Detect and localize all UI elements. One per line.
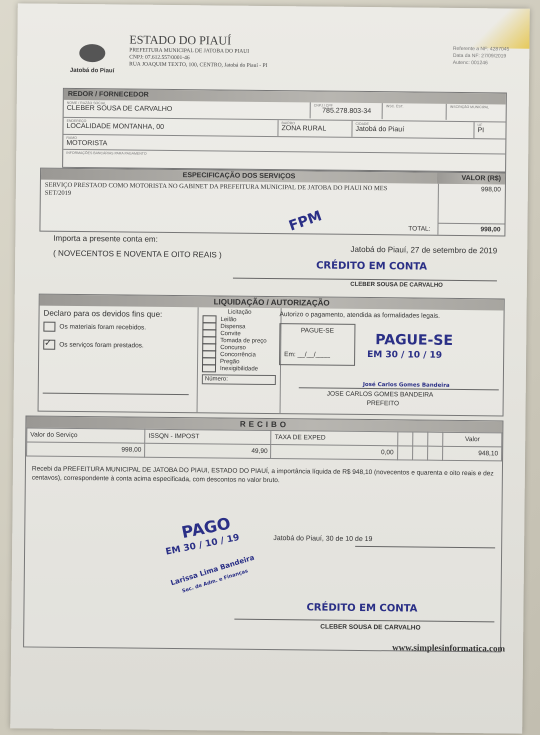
licitacao-label: Inexigibilidade — [220, 366, 258, 372]
services-section: ESPECIFICAÇÃO DOS SERVIÇOS VALOR (R$) SE… — [39, 168, 506, 237]
checkbox-materials[interactable] — [43, 322, 55, 332]
value-column: 998,00 998,00 — [437, 184, 505, 236]
receipt-header-cell — [397, 432, 412, 446]
mayor-title: PREFEITO — [367, 400, 399, 407]
licitacao-list: LeilãoDispensaConviteTomada de preçoConc… — [202, 315, 277, 372]
receipt-value-cell: 998,00 — [27, 442, 145, 457]
supplier-section: REDOR / FORNECEDOR NOME / RAZÃO SOCIAL C… — [62, 88, 507, 173]
city-reg-label: INSCRIÇÃO MUNICIPAL — [450, 105, 504, 110]
receipt-value-cell — [428, 446, 443, 460]
payment-voucher-document: Jatobá do Piauí ESTADO DO PIAUÍ PREFEITU… — [10, 3, 530, 733]
receipt-value-cell: 49,90 — [145, 443, 271, 458]
state-reg-label: INSC. EST. — [386, 104, 444, 109]
receipt-table: Valor do ServiçoISSQN - IMPOSTTAXA DE EX… — [26, 427, 502, 461]
licitacao-checkbox[interactable] — [202, 364, 216, 372]
mayor-name: JOSE CARLOS GOMES BANDEIRA — [327, 391, 434, 399]
pague-se-box: PAGUE-SE Em: __/__/____ — [279, 323, 355, 366]
receipt-value-cell: 0,00 — [271, 445, 397, 460]
check-materials[interactable]: Os materiais foram recebidos. — [43, 322, 193, 334]
pague-se-box-label: PAGUE-SE — [280, 327, 354, 335]
supplier-name: CLEBER SOUSA DE CARVALHO — [67, 105, 307, 115]
licitacao-box: Licitação LeilãoDispensaConviteTomada de… — [197, 307, 282, 413]
logo-text: Jatobá do Piauí — [67, 68, 117, 75]
receipt-header-cell: TAXA DE EXPED — [271, 431, 397, 446]
liquidation-section: LIQUIDAÇÃO / AUTORIZAÇÃO Declaro para os… — [38, 294, 505, 417]
place-date: Jatobá do Piauí, 27 de setembro de 2019 — [350, 245, 497, 256]
licitacao-option[interactable]: Inexigibilidade — [202, 364, 276, 372]
numero-field[interactable]: Número: — [202, 374, 276, 385]
checkbox-services[interactable]: ✓ — [43, 340, 55, 350]
service-value: 998,00 — [439, 184, 505, 196]
ref-auth: Autenc: 001246 — [453, 60, 510, 68]
supplier-cpf: 785.278.803-34 — [314, 107, 380, 115]
numero-label: Número: — [205, 376, 228, 382]
fpm-stamp: FPM — [287, 208, 324, 234]
municipality-logo: Jatobá do Piauí — [67, 36, 118, 87]
receipt-text: Recebi da PREFEITURA MUNICIPAL DE JATOBA… — [32, 465, 496, 488]
receipt-place-date: Jatobá do Piauí, 30 de 10 de 19 — [273, 535, 372, 543]
supplier-city: Jatobá do Piauí — [355, 126, 469, 134]
receipt-header-cell: ISSQN - IMPOST — [145, 429, 271, 444]
logo-emblem-icon — [79, 44, 105, 62]
authorize-text: Autorizo o pagamento, atendida as formal… — [280, 311, 500, 320]
receipt-header-cell — [413, 432, 428, 446]
amount-words: ( NOVECENTOS E NOVENTA E OITO REAIS ) — [53, 249, 222, 260]
total-label: TOTAL: — [408, 225, 430, 232]
organization-info: ESTADO DO PIAUÍ PREFEITURA MUNICIPAL DE … — [129, 33, 268, 70]
amount-label: Importa a presente conta em: — [53, 234, 158, 244]
check-services[interactable]: ✓Os serviços foram prestados. — [43, 340, 193, 352]
service-description: SERVIÇO PRESTAOD COMO MOTORISTA NO GABIN… — [45, 182, 405, 202]
receipt-signature-name: CLEBER SOUSA DE CARVALHO — [320, 624, 420, 632]
supplier-uf: PI — [477, 127, 503, 134]
receipt-value-cell — [412, 446, 427, 460]
total-value: 998,00 — [438, 224, 504, 236]
state-name: ESTADO DO PIAUÍ — [129, 33, 267, 49]
document-header: Jatobá do Piauí ESTADO DO PIAUÍ PREFEITU… — [67, 26, 518, 91]
pague-se-stamp: PAGUE-SE — [375, 332, 453, 349]
bank-info-label: INFORMAÇÕES BANCÁRIAS PARA PAGAMENTO — [66, 151, 502, 160]
credit-stamp: CRÉDITO EM CONTA — [316, 260, 427, 272]
pague-se-date: Em: __/__/____ — [284, 351, 330, 358]
materials-label: Os materiais foram recebidos. — [59, 324, 146, 332]
receipt-value-cell — [397, 446, 412, 460]
footer-url: www.simplesinformatica.com — [392, 642, 505, 653]
supplier-district: ZONA RURAL — [281, 125, 347, 133]
declare-label: Declaro para os devidos fins que: — [44, 309, 194, 320]
supplier-address: LOCALIDADE MONTANHA, 00 — [66, 123, 276, 132]
receipt-header-cell: Valor do Serviço — [27, 428, 145, 443]
receipt-header-cell — [428, 432, 443, 446]
reference-info: Referente a NF: 4287045 Data da NF: 27/0… — [453, 46, 510, 68]
value-header: VALOR (R$) — [437, 173, 505, 185]
receipt-credit-stamp: CRÉDITO EM CONTA — [306, 602, 417, 614]
receipt-header-cell: Valor — [443, 432, 502, 447]
supplier-signature-name: CLEBER SOUSA DE CARVALHO — [350, 282, 443, 289]
check-mark-icon: ✓ — [44, 338, 52, 349]
services-label: Os serviços foram prestados. — [59, 342, 144, 350]
amount-section: Importa a presente conta em: ( NOVECENTO… — [39, 232, 504, 291]
receipt-section: RECIBO Valor do ServiçoISSQN - IMPOSTTAX… — [23, 415, 503, 652]
receipt-value-cell: 948,10 — [443, 446, 502, 461]
address: RUA JOAQUIM TEXTO, 100, CENTRO, Jatobá d… — [129, 62, 267, 70]
pague-se-stamp-date: EM 30 / 10 / 19 — [367, 350, 442, 361]
